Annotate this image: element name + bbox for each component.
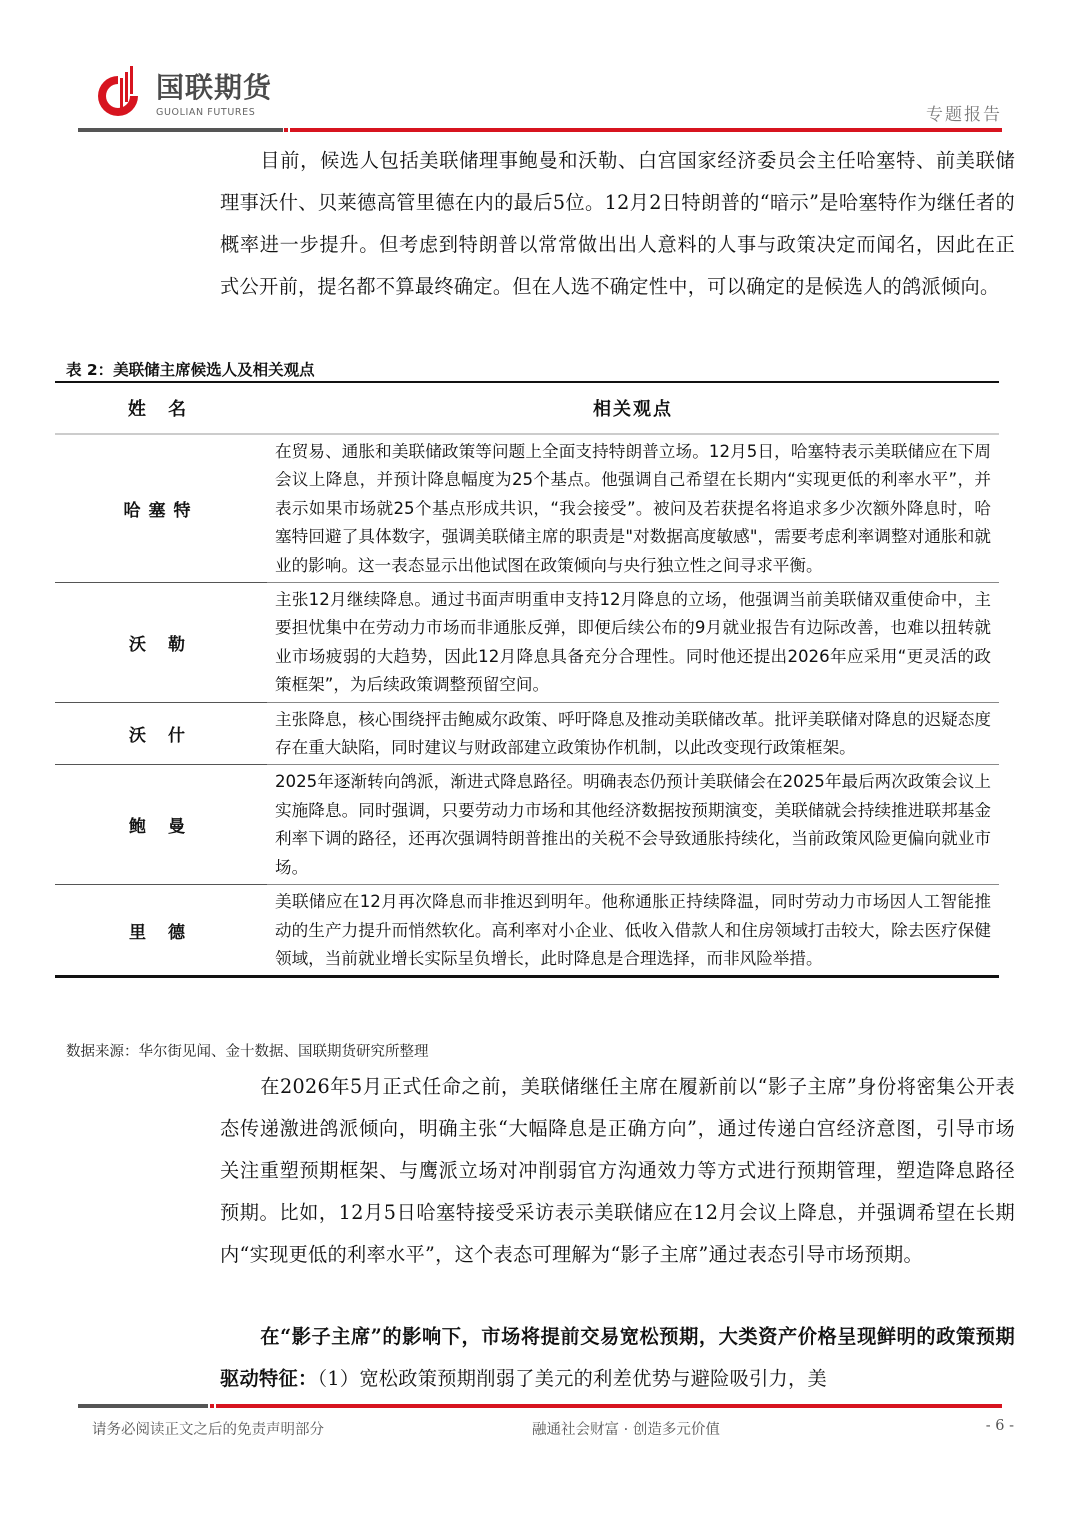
logo-english-name: GUOLIAN FUTURES (156, 107, 255, 119)
page-number: - 6 - (986, 1418, 1014, 1434)
market-impact-text: （1）宽松政策预期削弱了美元的利差优势与避险吸引力，美 (317, 1367, 827, 1390)
table-row: 里 德 美联储应在12月再次降息而非推迟到明年。他称通胀正持续降温，同时劳动力市… (55, 885, 999, 975)
candidate-name: 哈塞特 (55, 435, 267, 583)
candidate-name: 里 德 (55, 885, 267, 975)
table-row: 沃 勒 主张12月继续降息。通过书面声明重申支持12月降息的立场，他强调当前美联… (55, 583, 999, 703)
candidate-view: 美联储应在12月再次降息而非推迟到明年。他称通胀正持续降温，同时劳动力市场因人工… (267, 885, 999, 975)
shadow-chair-paragraph: 在2026年5月正式任命之前，美联储继任主席在履新前以“影子主席”身份将密集公开… (220, 1066, 1015, 1276)
candidate-view: 在贸易、通胀和美联储政策等问题上全面支持特朗普立场。12月5日，哈塞特表示美联储… (267, 435, 999, 583)
candidate-name: 鲍 曼 (55, 765, 267, 885)
header-name: 姓 名 (55, 395, 267, 421)
intro-paragraph: 目前，候选人包括美联储理事鲍曼和沃勒、白宫国家经济委员会主任哈塞特、前美联储理事… (220, 140, 1015, 308)
market-impact-paragraph: 在“影子主席”的影响下，市场将提前交易宽松预期，大类资产价格呈现鲜明的政策预期驱… (220, 1316, 1015, 1400)
table-row: 哈塞特 在贸易、通胀和美联储政策等问题上全面支持特朗普立场。12月5日，哈塞特表… (55, 435, 999, 583)
table-row: 沃 什 主张降息，核心围绕抨击鲍威尔政策、呼吁降息及推动美联储改革。批评美联储对… (55, 703, 999, 766)
candidate-view: 2025年逐渐转向鸽派，渐进式降息路径。明确表态仍预计美联储会在2025年最后两… (267, 765, 999, 885)
header-view: 相关观点 (267, 395, 999, 421)
candidate-name: 沃 勒 (55, 583, 267, 703)
page-header: 国联期货 GUOLIAN FUTURES 专题报告 (0, 0, 1080, 140)
company-logo: 国联期货 GUOLIAN FUTURES (96, 66, 286, 122)
data-source-note: 数据来源：华尔街见闻、金十数据、国联期货研究所整理 (66, 1040, 429, 1061)
table-header-row: 姓 名 相关观点 (55, 383, 999, 435)
header-divider (78, 128, 1002, 132)
footer-divider (78, 1404, 1002, 1408)
report-type-label: 专题报告 (926, 100, 1002, 125)
logo-mark-icon (96, 66, 144, 122)
logo-chinese-name: 国联期货 (156, 72, 272, 104)
footer-disclaimer: 请务必阅读正文之后的免责声明部分 (92, 1418, 324, 1439)
footer-slogan: 融通社会财富 · 创造多元价值 (532, 1418, 720, 1439)
table-row: 鲍 曼 2025年逐渐转向鸽派，渐进式降息路径。明确表态仍预计美联储会在2025… (55, 765, 999, 885)
table-caption: 表 2：美联储主席候选人及相关观点 (66, 358, 315, 380)
shadow-chair-paragraph-text: 在2026年5月正式任命之前，美联储继任主席在履新前以“影子主席”身份将密集公开… (220, 1075, 1015, 1266)
intro-paragraph-text: 目前，候选人包括美联储理事鲍曼和沃勒、白宫国家经济委员会主任哈塞特、前美联储理事… (220, 149, 1015, 298)
candidate-name: 沃 什 (55, 703, 267, 766)
candidate-view: 主张12月继续降息。通过书面声明重申支持12月降息的立场，他强调当前美联储双重使… (267, 583, 999, 703)
candidates-table: 姓 名 相关观点 哈塞特 在贸易、通胀和美联储政策等问题上全面支持特朗普立场。1… (55, 381, 999, 978)
candidate-view: 主张降息，核心围绕抨击鲍威尔政策、呼吁降息及推动美联储改革。批评美联储对降息的迟… (267, 703, 999, 766)
